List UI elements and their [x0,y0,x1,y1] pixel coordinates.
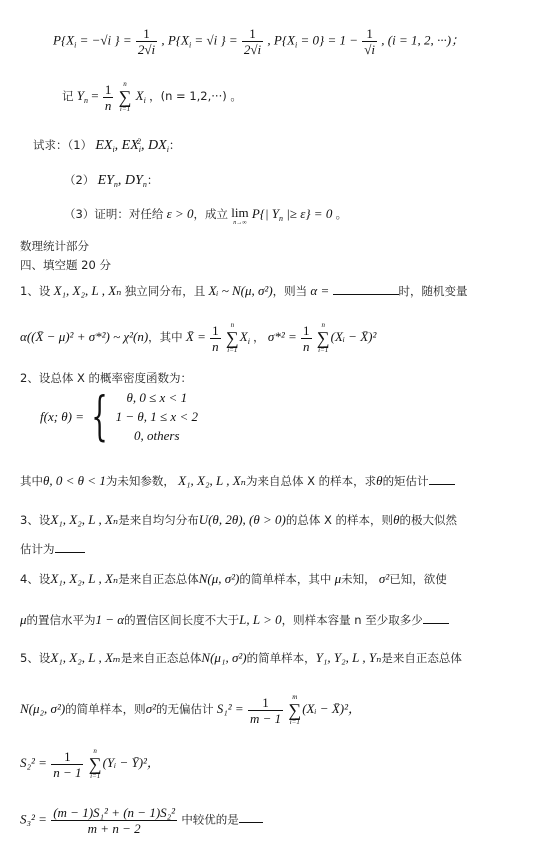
p1-lhs: P{X [53,32,74,47]
question-2: （2） EYn, DYn： [64,172,158,189]
s3-formula: S₃² = (m − 1)S₁² + (n − 1)S₂²m + n − 2 中… [20,805,263,836]
answer-blank[interactable] [55,540,85,553]
subsection-title: 四、填空题 20 分 [20,257,111,273]
section-title: 数理统计部分 [20,238,89,254]
problem-3-line-1: 3、设X₁, X₂, L , Xₙ是来自均匀分布U(θ, 2θ), (θ > 0… [20,512,457,528]
distribution-formula: P{Xi = −√i } = 12√i , P{Xi = √i } = 12√i… [53,26,464,57]
summation-symbol: n∑i=1 [317,321,330,355]
p3-fraction: 1√i [362,26,377,57]
problem-5-line-2: N(μ₂, σ²)的简单样本，则σ²的无偏估计 S₁² = 1m − 1 m∑i… [20,693,361,727]
problem-3-line-2: 估计为 [20,540,85,557]
p2-fraction: 12√i [242,26,263,57]
p1-fraction: 12√i [136,26,157,57]
problem-2-line-1: 2、设总体 X 的概率密度函数为： [20,370,192,386]
answer-blank[interactable] [423,611,449,624]
problem-5-line-1: 5、设X₁, X₂, L , Xₘ是来自正态总体N(μ₁, σ²)的简单样本，Y… [20,650,462,666]
problem-4-line-2: μ的置信水平为1 − α的置信区间长度不大于L, L > 0，则样本容量 n 至… [20,611,449,628]
question-1: 试求：（1） EXi, EXi2, DXi： [33,137,180,154]
summation-symbol: n∑i=1 [89,747,102,781]
summation-symbol: m∑i=1 [288,693,301,727]
problem-1-line-1: 1、设 X₁, X₂, L , Xₙ 独立同分布，且 Xᵢ ~ N(μ, σ²)… [20,282,468,299]
problem-2-line-2: 其中θ, 0 < θ < 1为未知参数， X₁, X₂, L , Xₙ为来自总体… [20,472,455,489]
answer-blank[interactable] [333,282,399,295]
yn-fraction: 1n [103,82,114,113]
question-3: （3）证明：对任给 ε > 0，成立 limn→∞ P{| Yn |≥ ε} =… [64,206,347,226]
problem-1-line-2: α((X̄ − μ)² + σ*²) ~ χ²(n)，其中 X̄ = 1n n∑… [20,321,376,355]
answer-blank[interactable] [429,472,455,485]
answer-blank[interactable] [239,810,263,823]
problem-4-line-1: 4、设X₁, X₂, L , Xₙ是来自正态总体N(μ, σ²)的简单样本，其中… [20,571,447,587]
density-function: f(x; θ) = { θ, 0 ≤ x < 1 1 − θ, 1 ≤ x < … [40,388,198,445]
s2-formula: S₂² = 1n − 1 n∑i=1(Yᵢ − Ȳ)²， [20,747,160,781]
piecewise-cases: θ, 0 ≤ x < 1 1 − θ, 1 ≤ x < 2 0, others [116,388,198,445]
define-yn: 记 Yn = 1n n∑i=1 Xi ，(n = 1,2,···) 。 [62,80,242,114]
summation-symbol: n∑i=1 [226,321,239,355]
left-brace: { [92,391,109,443]
summation-symbol: n∑i=1 [119,80,132,114]
